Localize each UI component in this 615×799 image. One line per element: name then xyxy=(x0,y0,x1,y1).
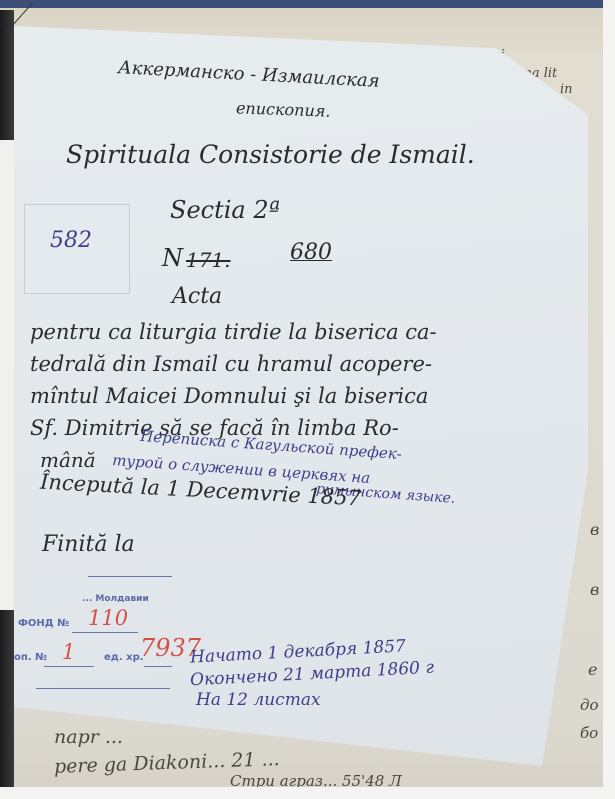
document-number: 680 xyxy=(290,240,332,265)
body-line-2: tedrală din Ismail cu hramul acopere- xyxy=(30,352,432,376)
left-paper-strip xyxy=(0,140,14,610)
document-scan: . ..ъ? ok se scrie aisepikanzi. ľ. na li… xyxy=(0,0,615,799)
behind-text-right-5: бо xyxy=(580,724,598,742)
body-line-3: mîntul Maicei Domnului şi la biserica xyxy=(30,384,428,408)
archive-note-sheets: На 12 листах xyxy=(196,690,321,710)
stamp-opis-line xyxy=(44,666,94,667)
acta-label: Acta xyxy=(172,284,222,309)
stamp-item-line xyxy=(144,666,172,667)
stamp-item-label: ед. хр. xyxy=(104,652,144,663)
stamp-opis-value: 1 xyxy=(62,640,75,664)
behind-text-bottom-1: napr ... xyxy=(54,726,123,748)
behind-text-right-3: е xyxy=(588,660,597,679)
section-label: Sectia 2ª xyxy=(170,196,280,224)
right-margin xyxy=(603,0,615,799)
stamp-opis-label: оп. № xyxy=(14,652,47,663)
stamp-fond-value: 110 xyxy=(88,606,128,630)
registry-number: 582 xyxy=(50,228,92,253)
bottom-margin xyxy=(0,787,615,799)
stamp-fond-label: ФОНД № xyxy=(18,618,69,629)
document-title: Spirituala Consistorie de Ismail. xyxy=(66,140,475,169)
stamp-archive-name: ... Молдавии xyxy=(82,594,149,604)
diocese-heading-line2: епископия. xyxy=(236,98,331,120)
number-prefix: N xyxy=(162,244,183,272)
finished-label: Finită la xyxy=(42,532,135,557)
behind-text-top-3: in xyxy=(560,82,573,97)
stamp-fond-line xyxy=(72,632,138,633)
behind-text-right-1: в xyxy=(590,520,599,539)
stamp-bottom-line xyxy=(36,688,170,689)
body-line-1: pentru ca liturgia tirdie la biserica ca… xyxy=(30,320,437,344)
behind-text-right-2: в xyxy=(590,580,599,599)
behind-text-right-4: до xyxy=(580,696,599,714)
number-struck: 171. xyxy=(186,248,231,272)
body-line-5: mână xyxy=(40,448,96,472)
top-edge xyxy=(0,0,615,8)
stamp-top-line xyxy=(88,576,172,577)
